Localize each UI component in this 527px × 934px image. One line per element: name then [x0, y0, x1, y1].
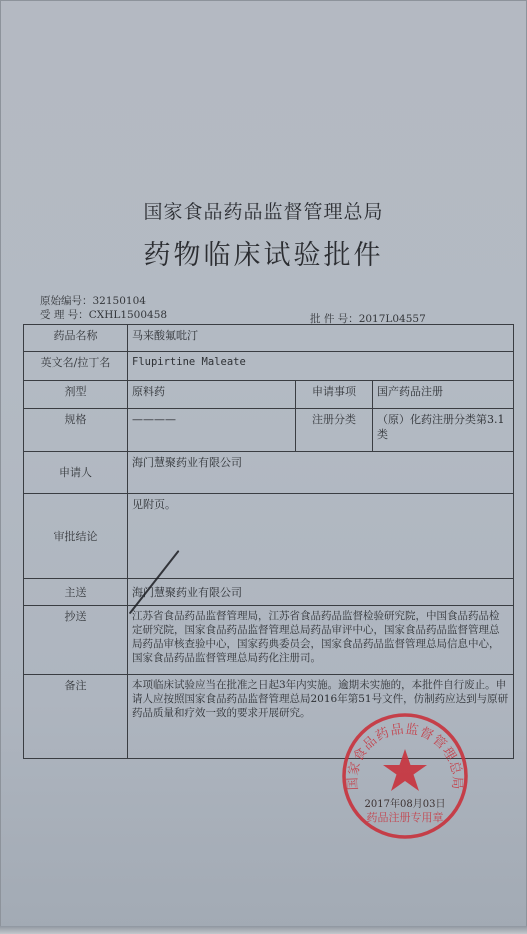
row-specification: 规格 ———— 注册分类 （原）化药注册分类第3.1类 [24, 409, 514, 452]
row-cc: 抄送 江苏省食品药品监督管理局，江苏省食品药品监督检验研究院，中国食品药品检定研… [24, 606, 514, 675]
seal-bottom-text: 药品注册专用章 [367, 810, 444, 824]
drug-name-label: 药品名称 [24, 325, 128, 352]
row-applicant: 申请人 海门慧聚药业有限公司 [24, 452, 514, 494]
applicant-label: 申请人 [24, 452, 128, 494]
registration-category-label: 注册分类 [296, 409, 373, 452]
seal-date: 2017年08月03日 [365, 797, 446, 810]
row-main-recipient: 主送 海门慧聚药业有限公司 [24, 579, 514, 606]
acceptance-number: 受 理 号：CXHL1500458 [40, 307, 167, 322]
english-name-label: 英文名/拉丁名 [24, 352, 128, 381]
approval-form-table: 药品名称 马来酸氟吡汀 英文名/拉丁名 Flupirtine Maleate 剂… [23, 324, 514, 759]
original-number: 原始编号：32150104 [40, 293, 146, 308]
official-seal-stamp: 国家食品药品监督管理总局 2017年08月03日 药品注册专用章 [340, 711, 470, 841]
dosage-form-value: 原料药 [128, 381, 296, 409]
row-dosage-form: 剂型 原料药 申请事项 国产药品注册 [24, 381, 514, 409]
application-item-value: 国产药品注册 [373, 381, 514, 409]
cc-value: 江苏省食品药品监督管理局，江苏省食品药品监督检验研究院，中国食品药品检定研究院，… [128, 606, 514, 675]
english-name-value: Flupirtine Maleate [128, 352, 514, 381]
issuing-agency: 国家食品药品监督管理总局 [0, 197, 527, 224]
original-number-label: 原始编号： [40, 295, 93, 307]
specification-value: ———— [128, 409, 296, 452]
application-item-label: 申请事项 [296, 381, 373, 409]
conclusion-value: 见附页。 [128, 494, 514, 579]
row-conclusion: 审批结论 见附页。 [24, 494, 514, 579]
main-recipient-label: 主送 [24, 579, 128, 606]
applicant-value: 海门慧聚药业有限公司 [128, 452, 514, 494]
row-drug-name: 药品名称 马来酸氟吡汀 [24, 325, 514, 352]
cc-label: 抄送 [24, 606, 128, 675]
specification-label: 规格 [24, 409, 128, 452]
registration-category-value: （原）化药注册分类第3.1类 [373, 409, 514, 452]
document-title: 药物临床试验批件 [0, 233, 527, 272]
main-recipient-value: 海门慧聚药业有限公司 [128, 579, 514, 606]
row-english-name: 英文名/拉丁名 Flupirtine Maleate [24, 352, 514, 381]
paper-bottom-edge [0, 926, 527, 934]
dosage-form-label: 剂型 [24, 381, 128, 409]
drug-name-value: 马来酸氟吡汀 [128, 325, 514, 352]
remarks-label: 备注 [24, 675, 128, 759]
seal-star-icon [383, 749, 427, 791]
conclusion-label: 审批结论 [24, 494, 128, 579]
acceptance-number-label: 受 理 号： [40, 309, 89, 321]
original-number-value: 32150104 [93, 295, 146, 307]
acceptance-number-value: CXHL1500458 [89, 309, 167, 321]
